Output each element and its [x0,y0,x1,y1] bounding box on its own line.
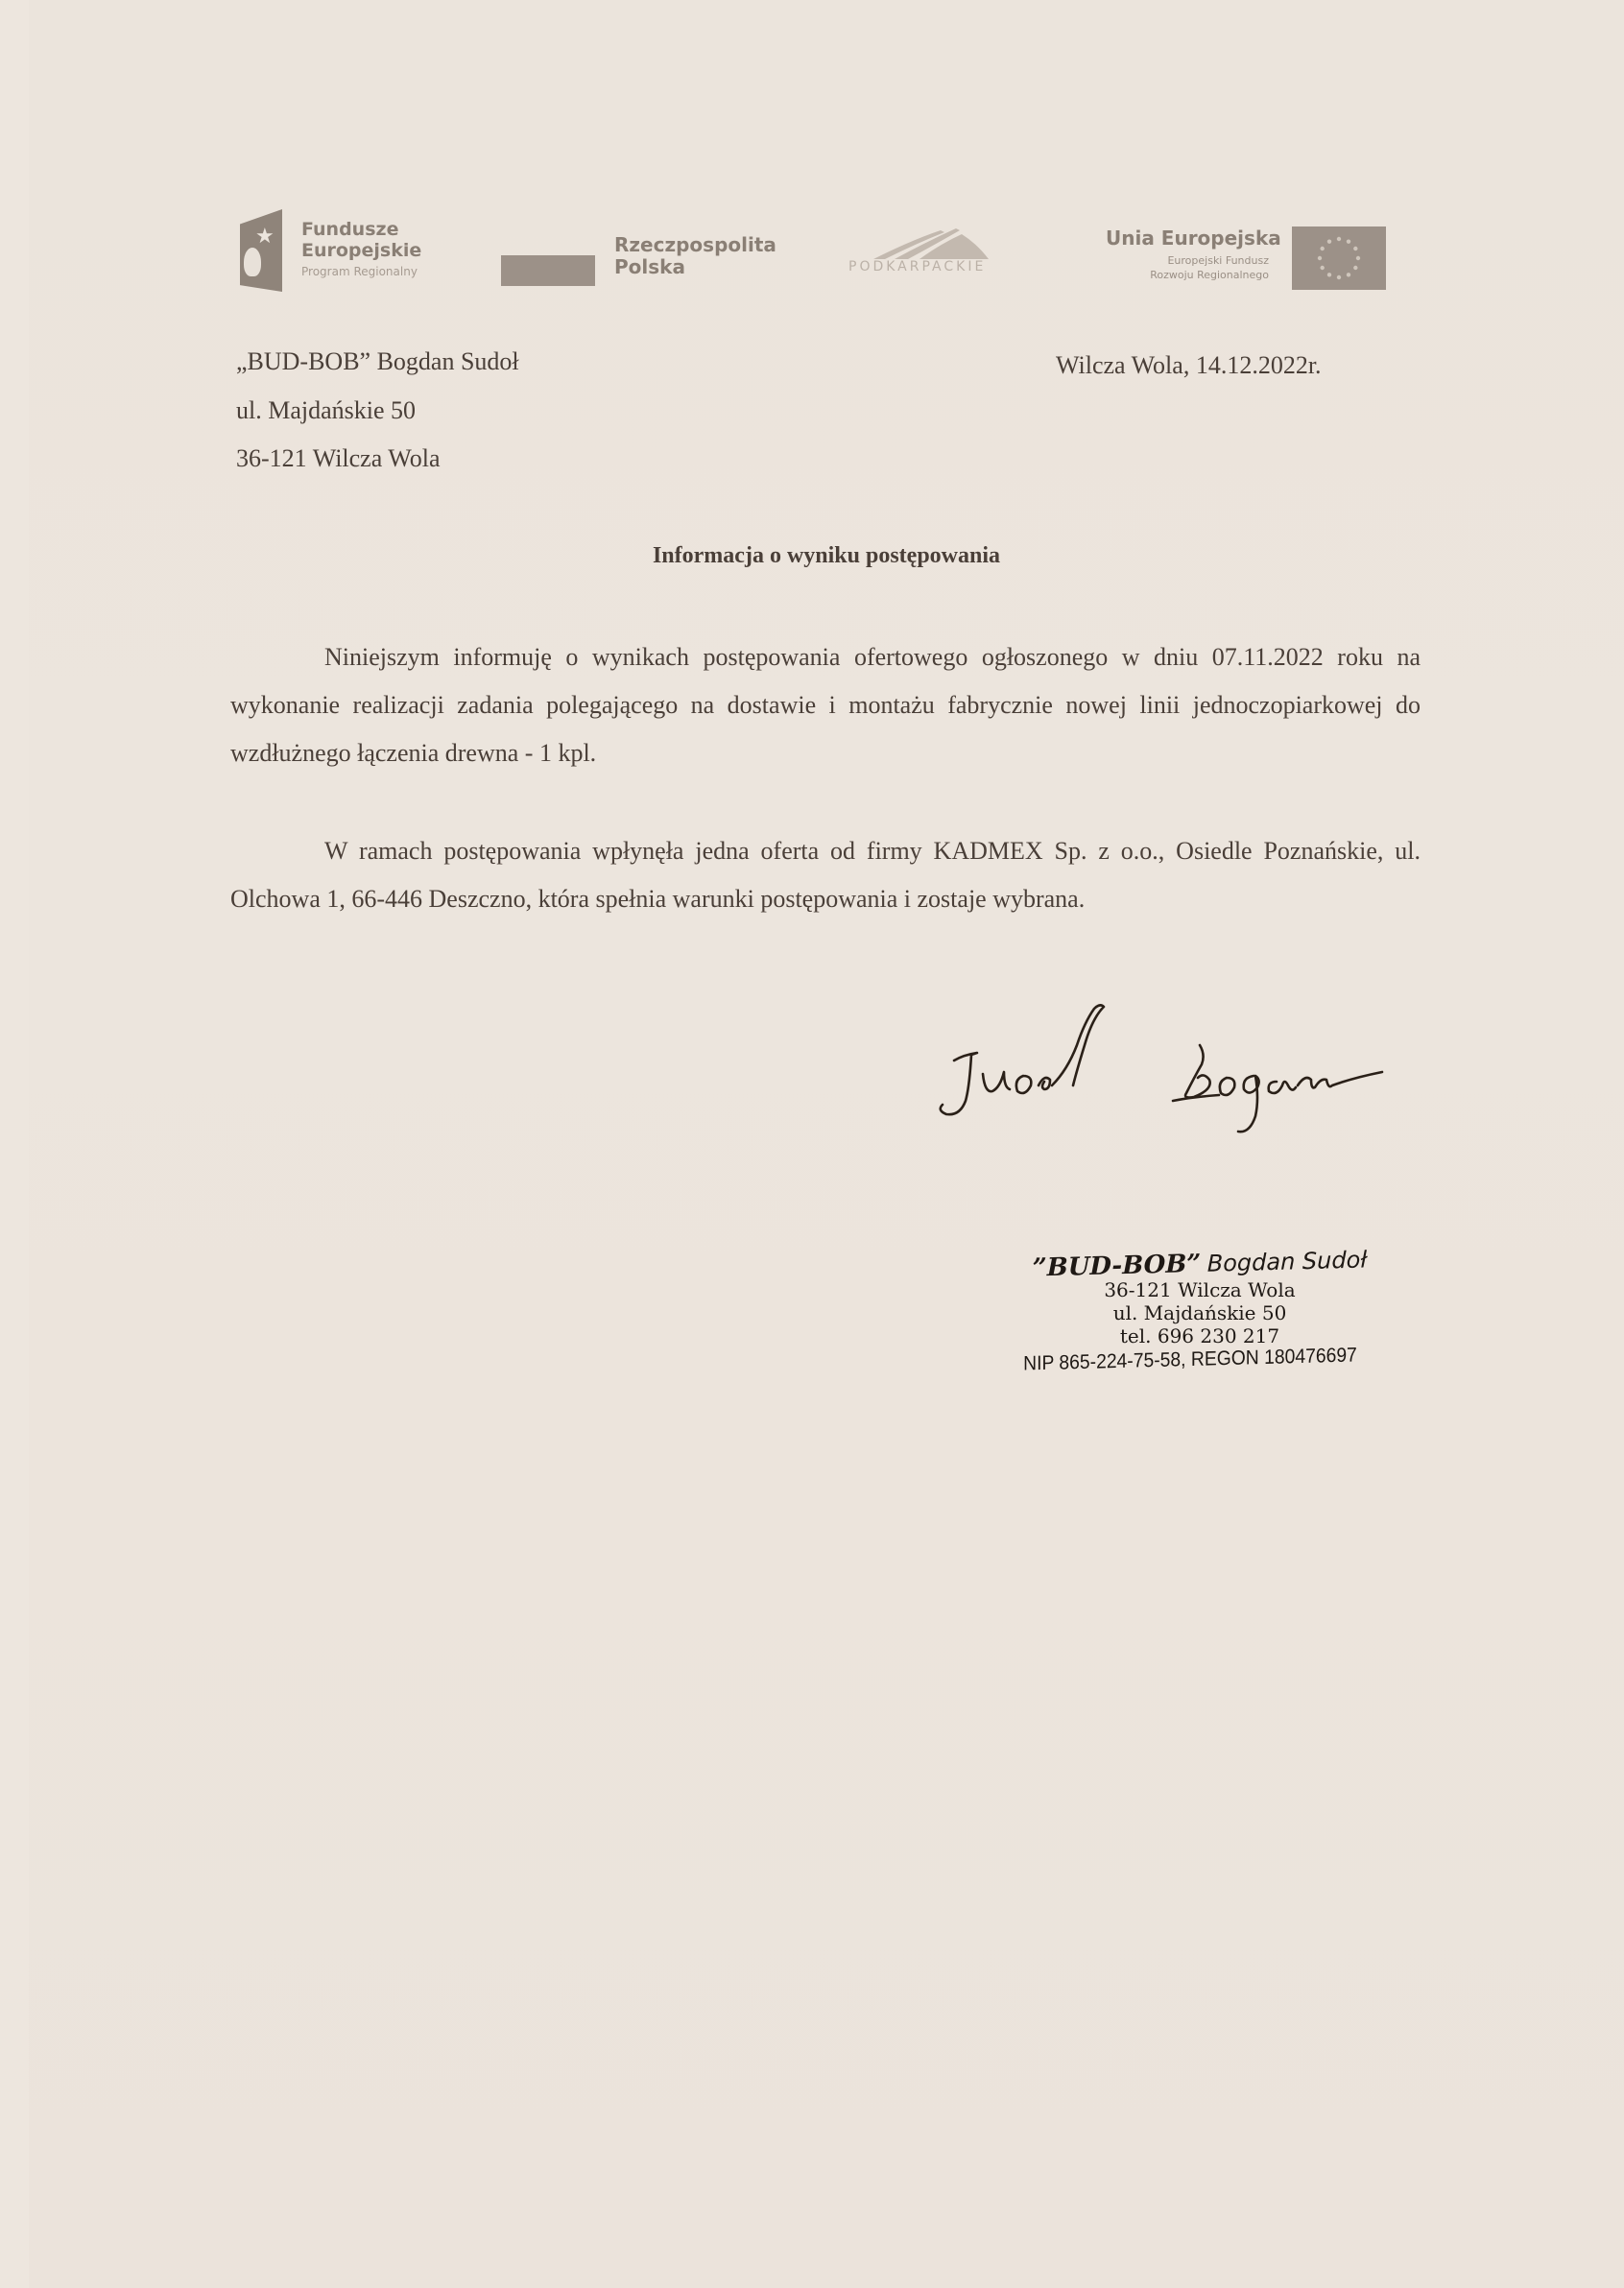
logo-subtitle: Europejski Fundusz Rozwoju Regionalnego [1150,253,1269,282]
stamp-street: ul. Majdańskie 50 [1008,1301,1392,1324]
logo-title: Rzeczpospolita Polska [614,234,776,278]
fundusze-europejskie-logo: ★ Fundusze Europejskie Program Regionaln… [240,207,461,294]
sender-street: ul. Majdańskie 50 [236,396,416,425]
sender-name: „BUD-BOB” Bogdan Sudoł [236,347,519,376]
handwritten-signature [931,993,1488,1147]
paper-edge [0,0,30,2288]
unia-europejska-logo: Unia Europejska Europejski Fundusz Rozwo… [1104,223,1392,295]
place-and-date: Wilcza Wola, 14.12.2022r. [1056,351,1322,380]
document-title: Informacja o wyniku postępowania [0,543,1624,569]
company-stamp: ”BUD-BOB” Bogdan Sudoł 36-121 Wilcza Wol… [1008,1250,1392,1372]
eu-flag-icon [1292,226,1386,290]
star-icon: ★ [255,226,275,248]
logo-title: Fundusze Europejskie [301,219,421,261]
stamp-tax-ids: NIP 865-224-75-58, REGON 180476697 [1005,1343,1375,1377]
paragraph-2: W ramach postępowania wpłynęła jedna ofe… [230,827,1421,923]
sender-city: 36-121 Wilcza Wola [236,444,441,473]
rzeczpospolita-polska-logo: Rzeczpospolita Polska [501,228,789,286]
logo-subtitle: Program Regionalny [301,265,418,278]
podkarpackie-logo: PODKARPACKIE [845,226,1027,294]
mountains-icon [873,226,989,261]
poland-flag-icon [501,255,595,286]
paragraph-1: Niniejszym informuję o wynikach postępow… [230,633,1421,777]
person-icon [244,248,261,276]
